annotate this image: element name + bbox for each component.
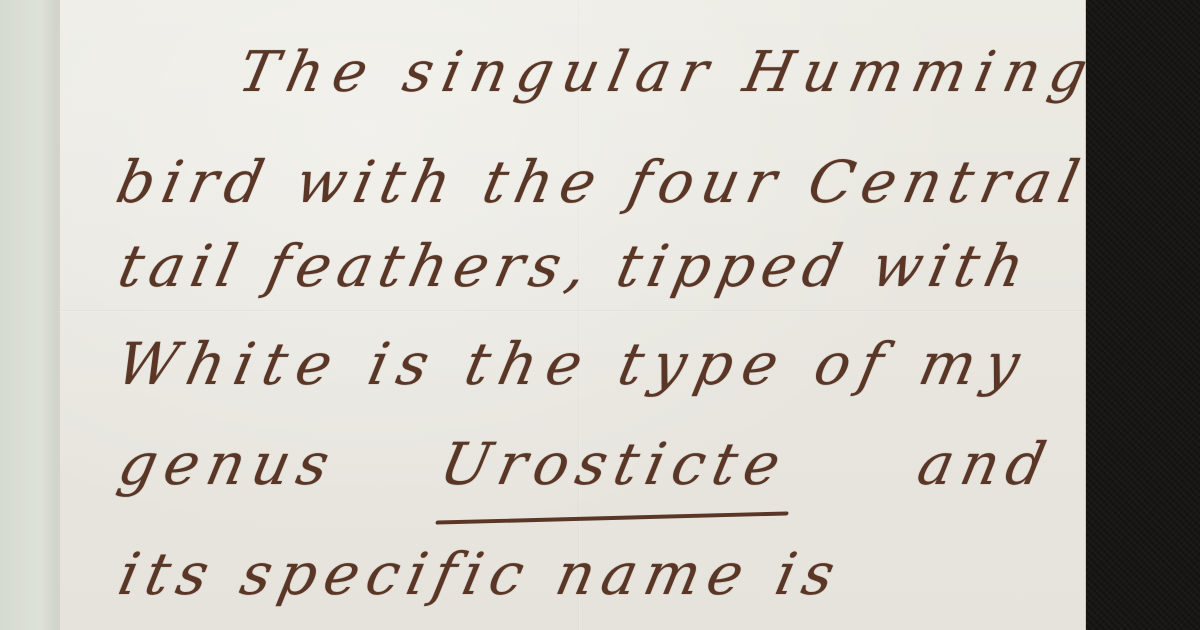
underlined-genus-name: Urosticte — [434, 430, 794, 498]
left-mount-background — [0, 0, 58, 630]
handwritten-line-2: bird with the four Central — [111, 148, 1093, 216]
handwritten-line-5: genus Urosticte and — [113, 430, 1060, 498]
handwritten-line-6: its specific name is — [113, 540, 849, 608]
handwritten-line-4: White is the type of my — [111, 330, 1036, 398]
right-black-backing — [1086, 0, 1200, 630]
handwritten-line-1: The singular Humming — [233, 40, 1103, 105]
horizontal-fold-crease — [58, 310, 1086, 312]
word-and: and — [912, 430, 1060, 498]
handwritten-line-3: tail feathers, tipped with — [113, 232, 1037, 300]
word-genus: genus — [113, 430, 343, 498]
